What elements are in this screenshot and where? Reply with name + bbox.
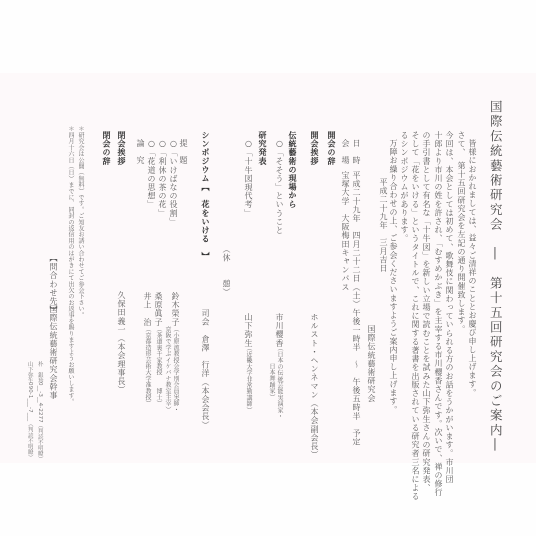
body-line: 十郎より市川の姓を許され、「むすめかぶき」を主宰する市川櫻香さんです。次いで、禅… — [434, 131, 442, 497]
body-line: るシンポジウムがあります。 — [400, 131, 408, 243]
topics-label: 提 題 — [179, 139, 187, 165]
opening-greeting: 開会挨拶 — [310, 131, 318, 165]
section2-speaker-note: （近畿大学非常勤講師） — [245, 345, 251, 413]
body-line: 皆様におかれましては、益々ご清祥のこととお慶び申し上げます。 — [468, 139, 476, 397]
section2-speaker: 山下弥生 — [244, 313, 252, 347]
topic-item: ○「利休の茶の花」 — [158, 139, 166, 217]
moderator: 司会 倉澤 行洋（本会会長） — [201, 309, 209, 429]
panelist-name: 桑原眞子 — [154, 292, 162, 326]
datetime-value: 平成二十九年 四月二十二日（土）午後一時半 〜 午後五時半 予定 — [352, 171, 360, 446]
venue-value: 宝塚大学 大阪梅田キャンパス — [341, 171, 349, 291]
discussion-label: 論 究 — [136, 139, 144, 165]
note-line: ＊四月十六日（日）までに、同封の返信用のはがきにて出欠のお返事を賜りますようお願… — [67, 126, 73, 405]
body-line: 今回は、本会としては初めて、歌舞伎に関わっていられる方のお話をうかがいます。市川… — [445, 131, 453, 484]
contact-phone: 090-1___-7___（判読不明瞭） — [26, 382, 32, 460]
datetime-label: 日 時 — [352, 139, 360, 165]
section2-item: ○「十牛図現代考」 — [244, 139, 252, 217]
date-issued: 平成二十九年 三月吉日 — [379, 178, 387, 273]
contact-phone: 0__-3__4-2277（判読不明瞭） — [36, 382, 42, 462]
section2-heading: 研究発表 — [258, 131, 266, 165]
note-line: ＊研究会は公開（無料）です。ご知友お誘い合わせてご参会下さい。 — [77, 126, 83, 318]
contact-person: 朴 銀珍 — [36, 361, 42, 383]
panelist-note: 京阪で学ぶイケバナ教室主宰） — [164, 326, 170, 413]
section1-speaker-note: 日本舞踊家） — [268, 363, 274, 400]
body-line: 万障お繰り合わせの上、ご参会くださいますようご案内申し上げます。 — [389, 139, 397, 414]
panelist-note: （京都造形芸術大学准教授） — [144, 326, 150, 407]
closing-words: 閉会の辞 — [102, 131, 110, 165]
panelist-name: 井上 治 — [143, 292, 151, 326]
closing-greeting-speaker: 久保田義一（本会理事長） — [117, 291, 125, 394]
section1-heading: 伝統藝術の現場から — [288, 131, 296, 208]
panelist-note: （茶道裏千家教授 博士） — [155, 326, 161, 407]
section1-speaker: 市川櫻香 — [275, 313, 283, 347]
closing-greeting: 閉会挨拶 — [117, 131, 125, 165]
symposium-title: 【 花をいける 】 — [201, 183, 209, 260]
organizer-signature: 国際伝統藝術研究会 — [367, 325, 375, 402]
opening-words: 開会の辞 — [327, 131, 335, 165]
break-label: （休 憩） — [222, 245, 230, 297]
section1-item: ○「そそう」ということ — [275, 139, 283, 235]
document-title: 国際伝統藝術研究会 ― 第十五回研究会のご案内― — [489, 100, 502, 453]
section1-speaker-note: （日本の伝統芸能実演家・ — [276, 345, 282, 419]
opening-greeting-speaker: ホルスト・ヘンネマン（本会副会長） — [310, 313, 318, 459]
contact-org: 国際伝統藝術研究会幹事 — [49, 305, 57, 400]
venue-label: 会 場 — [341, 139, 349, 165]
body-line: の手引書として有名な「十牛図」を新しい立場で読むことを試みた山下弥生さんの研究発… — [422, 131, 430, 492]
topic-item: ○「いけばなの役割」 — [169, 139, 177, 226]
contact-person: 山下弥生 — [26, 361, 32, 383]
panelist-name: 鈴木榮子 — [171, 292, 179, 326]
topic-item: ○「花道の思想」 — [147, 139, 155, 209]
body-line: さて、 第十五回研究会を左記の通り開催致します。 — [457, 131, 465, 333]
symposium-heading: シンポジウム — [201, 131, 209, 183]
panelist-note: （小原流教授会学別会員実師・ — [172, 326, 178, 413]
body-line: そして「花をいける」というタイトルで、これに関する著書を出版されている研究者三名… — [411, 131, 419, 501]
